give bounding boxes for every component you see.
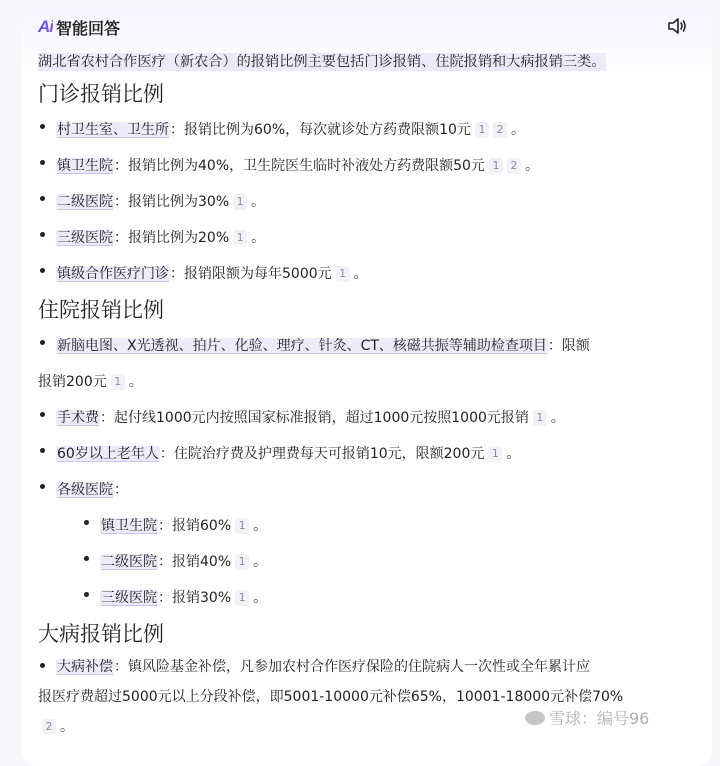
citation-badge[interactable]: 1 [489,158,503,174]
period: 。 [253,554,267,570]
term-link[interactable]: 镇级合作医疗门诊 [56,266,170,282]
bullet-icon [40,663,45,668]
period: 。 [511,122,525,138]
item-text: ：报销40% [158,554,231,570]
period: 。 [506,446,520,462]
term-link[interactable]: 60岁以上老年人 [56,446,160,462]
bullet-icon [40,232,45,237]
citation-badge[interactable]: 1 [233,194,247,210]
bullet-icon [40,340,45,345]
citation-badge[interactable]: 2 [493,122,507,138]
term-link[interactable]: 村卫生室、卫生所 [56,122,170,138]
bullet-icon [84,520,89,525]
term-link[interactable]: 各级医院 [56,482,114,498]
list-item: 三级医院：报销比例为20%1。 [38,220,688,256]
citation-badge[interactable]: 1 [533,410,547,426]
citation-badge[interactable]: 2 [507,158,521,174]
list-item: 镇级合作医疗门诊：报销限额为每年5000元1。 [38,256,688,292]
watermark-text: 雪球：编号96 [549,706,649,729]
bullet-icon [40,484,45,489]
item-text: ：报销60% [158,518,231,534]
item-text: ：报销限额为每年5000元 [170,266,332,282]
citation-badge[interactable]: 1 [235,518,249,534]
item-text: ：起付线1000元内按照国家标准报销，超过1000元按照1000元报销 [100,410,529,426]
citation-badge[interactable]: 1 [235,554,249,570]
bullet-icon [40,412,45,417]
term-link[interactable]: 二级医院 [56,194,114,210]
item-text: ：报销比例为20% [114,230,229,246]
intro-text: 湖北省农村合作医疗（新农合）的报销比例主要包括门诊报销、住院报销和大病报销三类。 [38,53,606,71]
item-text-cont: 报医疗费超过5000元以上分段补偿，即5001-10000元补偿65%，1000… [38,689,623,705]
list-item: 手术费：起付线1000元内按照国家标准报销，超过1000元按照1000元报销1。 [38,400,688,436]
sub-list-item: 三级医院：报销30%1。 [82,580,688,616]
list-item: 各级医院： 镇卫生院：报销60%1。 二级医院：报销40%1。 三级医院：报销3… [38,472,688,616]
period: 。 [354,266,368,282]
outpatient-list: 村卫生室、卫生所：报销比例为60%，每次就诊处方药费限额10元12。 镇卫生院：… [38,112,688,292]
citation-badge[interactable]: 1 [336,266,350,282]
sub-list-item: 二级医院：报销40%1。 [82,544,688,580]
term-link[interactable]: 大病补偿 [56,659,114,675]
section-title-inpatient: 住院报销比例 [38,292,688,328]
list-item: 镇卫生院：报销比例为40%，卫生院医生临时补液处方药费限额50元12。 [38,148,688,184]
term-link[interactable]: 三级医院 [100,590,158,606]
bullet-icon [84,592,89,597]
period: 。 [251,230,265,246]
item-text: ：住院治疗费及护理费每天可报销10元，限额200元 [160,446,485,462]
item-text: ：报销30% [158,590,231,606]
item-text-cont: 报销200元 [38,374,107,390]
item-text: ：限额 [548,338,590,354]
bullet-icon [40,268,45,273]
list-item: 新脑电图、X光透视、拍片、化验、理疗、针灸、CT、核磁共振等辅助检查项目：限额 … [38,328,688,400]
citation-badge[interactable]: 1 [111,374,125,390]
bullet-icon [40,124,45,129]
citation-badge[interactable]: 1 [488,446,502,462]
term-link[interactable]: 二级医院 [100,554,158,570]
period: 。 [525,158,539,174]
citation-badge[interactable]: 1 [235,590,249,606]
item-text: ：报销比例为60%，每次就诊处方药费限额10元 [170,122,471,138]
period: 。 [129,374,143,390]
period: 。 [251,194,265,210]
wechat-icon [525,711,545,725]
period: 。 [253,590,267,606]
period: 。 [551,410,565,426]
term-link[interactable]: 新脑电图、X光透视、拍片、化验、理疗、针灸、CT、核磁共振等辅助检查项目 [56,338,548,354]
inpatient-list: 新脑电图、X光透视、拍片、化验、理疗、针灸、CT、核磁共振等辅助检查项目：限额 … [38,328,688,616]
item-text: ：镇风险基金补偿，凡参加农村合作医疗保险的住院病人一次性或全年累计应 [114,659,590,675]
item-text: ：报销比例为40%，卫生院医生临时补液处方药费限额50元 [114,158,485,174]
section-title-major-illness: 大病报销比例 [38,616,688,652]
citation-badge[interactable]: 2 [42,719,56,735]
sub-list-item: 镇卫生院：报销60%1。 [82,508,688,544]
bullet-icon [40,448,45,453]
list-item: 60岁以上老年人：住院治疗费及护理费每天可报销10元，限额200元1。 [38,436,688,472]
list-item: 村卫生室、卫生所：报销比例为60%，每次就诊处方药费限额10元12。 [38,112,688,148]
item-text: ： [114,482,128,498]
list-item: 二级医院：报销比例为30%1。 [38,184,688,220]
watermark: 雪球：编号96 [525,706,649,729]
bullet-icon [40,196,45,201]
bullet-icon [40,160,45,165]
term-link[interactable]: 手术费 [56,410,100,426]
bullet-icon [84,556,89,561]
period: 。 [60,719,74,735]
term-link[interactable]: 镇卫生院 [56,158,114,174]
citation-badge[interactable]: 1 [233,230,247,246]
header-title: 智能回答 [56,16,120,39]
period: 。 [253,518,267,534]
answer-content: 湖北省农村合作医疗（新农合）的报销比例主要包括门诊报销、住院报销和大病报销三类。… [38,52,688,738]
citation-badge[interactable]: 1 [475,122,489,138]
term-link[interactable]: 三级医院 [56,230,114,246]
ai-logo-icon: Ai [38,17,53,37]
answer-header: Ai 智能回答 [38,14,120,40]
item-text: ：报销比例为30% [114,194,229,210]
section-title-outpatient: 门诊报销比例 [38,76,688,112]
term-link[interactable]: 镇卫生院 [100,518,158,534]
speaker-icon[interactable] [667,17,687,35]
sub-list: 镇卫生院：报销60%1。 二级医院：报销40%1。 三级医院：报销30%1。 [56,508,688,616]
